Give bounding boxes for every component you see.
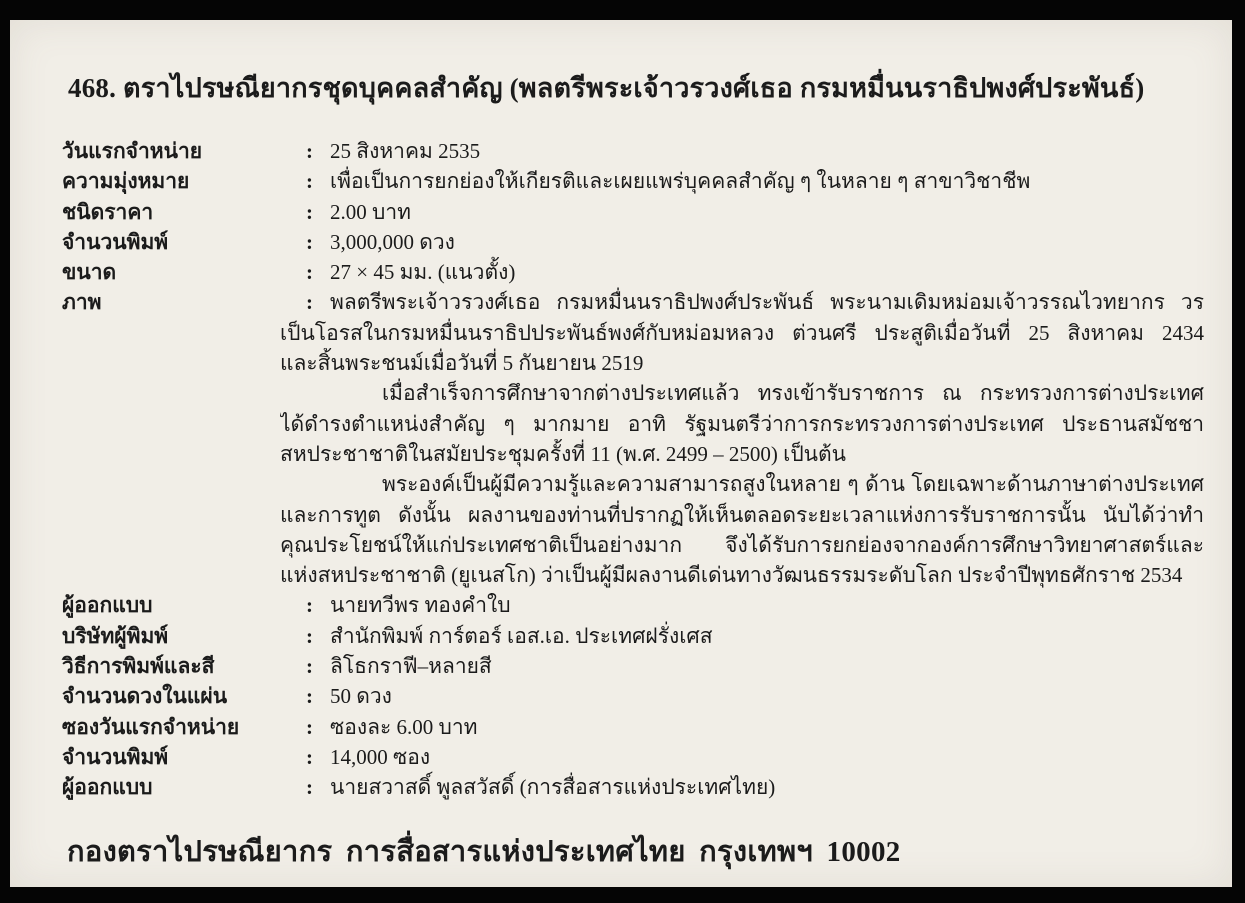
text-line: เป็นโอรสในกรมหมื่นนราธิปประพันธ์พงศ์กับห… — [280, 318, 1204, 348]
field-label: ซองวันแรกจำหน่าย — [62, 712, 306, 742]
field-value: นายสวาสดิ์ พูลสวัสดิ์ (การสื่อสารแห่งประ… — [330, 772, 1232, 802]
field-label: จำนวนดวงในแผ่น — [62, 681, 306, 711]
field-row-printer: บริษัทผู้พิมพ์ : สำนักพิมพ์ การ์ตอร์ เอส… — [10, 621, 1232, 651]
text-line: คุณประโยชน์ให้แก่ประเทศชาติเป็นอย่างมาก … — [280, 530, 1204, 560]
field-row-fdc-price: ซองวันแรกจำหน่าย : ซองละ 6.00 บาท — [10, 712, 1232, 742]
image-description-text: พลตรีพระเจ้าวรวงศ์เธอ กรมหมื่นนราธิปพงศ์… — [280, 287, 1204, 590]
colon-separator: : — [306, 227, 330, 257]
field-label: ขนาด — [62, 257, 306, 287]
field-row-printing-process: วิธีการพิมพ์และสี : ลิโธกราฟี–หลายสี — [10, 651, 1232, 681]
field-value: ลิโธกราฟี–หลายสี — [330, 651, 1232, 681]
field-label: จำนวนพิมพ์ — [62, 227, 306, 257]
field-label: ความมุ่งหมาย — [62, 166, 306, 196]
field-value: สำนักพิมพ์ การ์ตอร์ เอส.เอ. ประเทศฝรั่งเ… — [330, 621, 1232, 651]
field-label: บริษัทผู้พิมพ์ — [62, 621, 306, 651]
colon-separator: : — [306, 621, 330, 651]
field-row-stamps-per-sheet: จำนวนดวงในแผ่น : 50 ดวง — [10, 681, 1232, 711]
colon-separator: : — [306, 772, 330, 802]
field-row-first-day-of-issue: วันแรกจำหน่าย : 25 สิงหาคม 2535 — [10, 136, 1232, 166]
field-label: จำนวนพิมพ์ — [62, 742, 306, 772]
field-label: วิธีการพิมพ์และสี — [62, 651, 306, 681]
text-line: เมื่อสำเร็จการศึกษาจากต่างประเทศแล้ว ทรง… — [280, 378, 1204, 408]
field-label: ผู้ออกแบบ — [62, 590, 306, 620]
field-value: เพื่อเป็นการยกย่องให้เกียรติและเผยแพร่บุ… — [330, 166, 1232, 196]
field-row-denomination: ชนิดราคา : 2.00 บาท — [10, 197, 1232, 227]
field-row-image-description: ภาพ : พลตรีพระเจ้าวรวงศ์เธอ กรมหมื่นนราธ… — [10, 287, 1232, 590]
text-line: พระองค์เป็นผู้มีความรู้และความสามารถสูงใ… — [280, 469, 1204, 499]
field-row-print-quantity: จำนวนพิมพ์ : 3,000,000 ดวง — [10, 227, 1232, 257]
field-list: วันแรกจำหน่าย : 25 สิงหาคม 2535 ความมุ่ง… — [10, 136, 1232, 803]
colon-separator: : — [306, 590, 330, 620]
field-value: ซองละ 6.00 บาท — [330, 712, 1232, 742]
document-paper: 468. ตราไปรษณียากรชุดบุคคลสำคัญ (พลตรีพร… — [10, 20, 1232, 887]
text-line: และสิ้นพระชนม์เมื่อวันที่ 5 กันยายน 2519 — [280, 348, 1204, 378]
text-line: พลตรีพระเจ้าวรวงศ์เธอ กรมหมื่นนราธิปพงศ์… — [280, 287, 1204, 317]
field-label: วันแรกจำหน่าย — [62, 136, 306, 166]
colon-separator: : — [306, 197, 330, 227]
scanned-page-background: { "page": { "paper_color": "#f1eee7", "i… — [0, 0, 1245, 903]
field-value: นายทวีพร ทองคำใบ — [330, 590, 1232, 620]
colon-separator: : — [306, 166, 330, 196]
text-line: สหประชาชาติในสมัยประชุมครั้งที่ 11 (พ.ศ.… — [280, 439, 1204, 469]
field-label: ชนิดราคา — [62, 197, 306, 227]
field-value: 50 ดวง — [330, 681, 1232, 711]
document-title: 468. ตราไปรษณียากรชุดบุคคลสำคัญ (พลตรีพร… — [68, 66, 1202, 109]
field-value: 25 สิงหาคม 2535 — [330, 136, 1232, 166]
field-label: ผู้ออกแบบ — [62, 772, 306, 802]
field-row-size: ขนาด : 27 × 45 มม. (แนวตั้ง) — [10, 257, 1232, 287]
colon-separator: : — [306, 136, 330, 166]
field-row-fdc-designer: ผู้ออกแบบ : นายสวาสดิ์ พูลสวัสดิ์ (การสื… — [10, 772, 1232, 802]
colon-separator: : — [306, 712, 330, 742]
field-row-stamp-designer: ผู้ออกแบบ : นายทวีพร ทองคำใบ — [10, 590, 1232, 620]
field-row-purpose: ความมุ่งหมาย : เพื่อเป็นการยกย่องให้เกีย… — [10, 166, 1232, 196]
field-label: ภาพ — [62, 287, 306, 317]
issuer-footer: กองตราไปรษณียากร การสื่อสารแห่งประเทศไทย… — [67, 828, 1212, 874]
text-line: แห่งสหประชาชาติ (ยูเนสโก) ว่าเป็นผู้มีผล… — [280, 560, 1204, 590]
colon-separator: : — [306, 257, 330, 287]
field-value: 3,000,000 ดวง — [330, 227, 1232, 257]
colon-separator: : — [306, 742, 330, 772]
colon-separator: : — [306, 681, 330, 711]
field-value: 27 × 45 มม. (แนวตั้ง) — [330, 257, 1232, 287]
field-row-fdc-quantity: จำนวนพิมพ์ : 14,000 ซอง — [10, 742, 1232, 772]
colon-separator: : — [306, 651, 330, 681]
field-value: 14,000 ซอง — [330, 742, 1232, 772]
text-line: ได้ดำรงตำแหน่งสำคัญ ๆ มากมาย อาทิ รัฐมนต… — [280, 409, 1204, 439]
field-value: 2.00 บาท — [330, 197, 1232, 227]
text-line: และการทูต ดังนั้น ผลงานของท่านที่ปรากฏให… — [280, 500, 1204, 530]
